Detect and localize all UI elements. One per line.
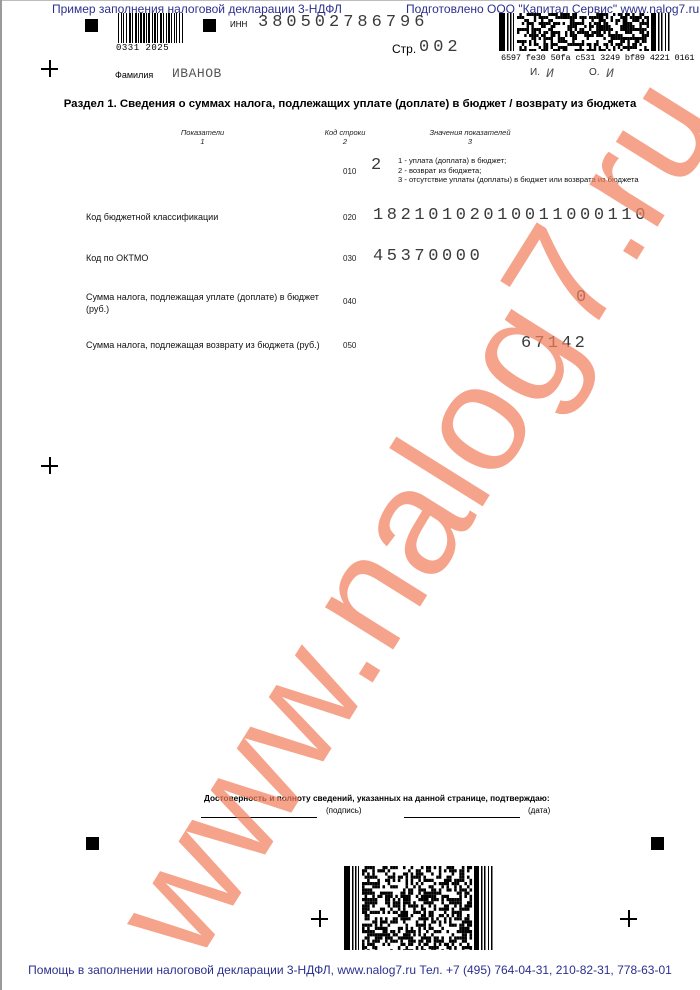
corner-marker-top-middle xyxy=(203,19,216,32)
form-barcode-digits: 0331 2025 xyxy=(116,43,169,53)
initial-name-label: И. xyxy=(530,67,540,78)
row-030-code: 030 xyxy=(343,254,356,263)
inn-label: ИНН xyxy=(230,16,247,30)
row-050-label: Сумма налога, подлежащая возврату из бюд… xyxy=(86,340,320,350)
initial-patronymic-label: О. xyxy=(589,67,600,78)
corner-marker-top-left xyxy=(85,19,98,32)
crosshair-bottom-right-icon xyxy=(620,910,637,927)
column-header-line-code: Код строки2 xyxy=(305,128,385,146)
surname-label: Фамилия xyxy=(115,70,153,80)
column-header-indicators: Показатели1 xyxy=(150,128,255,146)
pdf417-code: 6597 fe30 50fa c531 3249 bf89 4221 0161 xyxy=(501,53,694,63)
confirmation-text: Достоверность и полноту сведений, указан… xyxy=(204,793,550,803)
corner-marker-bottom-right xyxy=(651,837,664,850)
initial-patronymic-value: И xyxy=(606,66,614,81)
pdf417-barcode-top xyxy=(499,13,671,51)
row-030-value: 45370000 xyxy=(373,247,483,266)
crosshair-top-left-icon xyxy=(41,60,58,77)
section-title: Раздел 1. Сведения о суммах налога, подл… xyxy=(0,98,700,110)
row-050-value: 67142 xyxy=(521,334,588,353)
option-2: 2 - возврат из бюджета; xyxy=(398,166,639,176)
corner-marker-bottom-left xyxy=(86,837,99,850)
inn-value: 380502786796 xyxy=(258,13,428,32)
row-010-code: 010 xyxy=(343,167,356,176)
page-left-edge xyxy=(0,0,2,990)
page-label: Стр. xyxy=(392,42,416,56)
row-050-code: 050 xyxy=(343,341,356,350)
initial-name-value: И xyxy=(546,66,554,81)
crosshair-bottom-center-icon xyxy=(311,910,328,927)
date-label: (дата) xyxy=(528,806,550,815)
page-value: 002 xyxy=(419,38,462,57)
row-030-label: Код по ОКТМО xyxy=(86,253,148,263)
date-line xyxy=(404,817,520,818)
form-barcode xyxy=(116,13,186,45)
surname-value: ИВАНОВ xyxy=(172,66,222,81)
column-header-values: Значения показателей3 xyxy=(410,128,530,146)
row-040-value: 0 xyxy=(576,288,590,307)
row-020-code: 020 xyxy=(343,213,356,222)
row-010-value: 2 xyxy=(371,156,385,175)
pdf417-barcode-bottom xyxy=(344,866,494,950)
row-040-code: 040 xyxy=(343,297,356,306)
signature-line xyxy=(201,817,317,818)
option-3: 3 - отсутствие уплаты (доплаты) в бюджет… xyxy=(398,175,639,185)
footer-help-text: Помощь в заполнении налоговой декларации… xyxy=(0,963,700,977)
row-010-options: 1 - уплата (доплата) в бюджет; 2 - возвр… xyxy=(398,156,639,185)
row-020-value: 18210102010011000110 xyxy=(373,206,649,225)
signature-label: (подпись) xyxy=(326,806,362,815)
crosshair-middle-left-icon xyxy=(41,457,58,474)
option-1: 1 - уплата (доплата) в бюджет; xyxy=(398,156,639,166)
row-040-label: Сумма налога, подлежащая уплате (доплате… xyxy=(86,291,319,315)
page-top-edge xyxy=(0,0,700,1)
row-020-label: Код бюджетной классификации xyxy=(86,212,218,222)
